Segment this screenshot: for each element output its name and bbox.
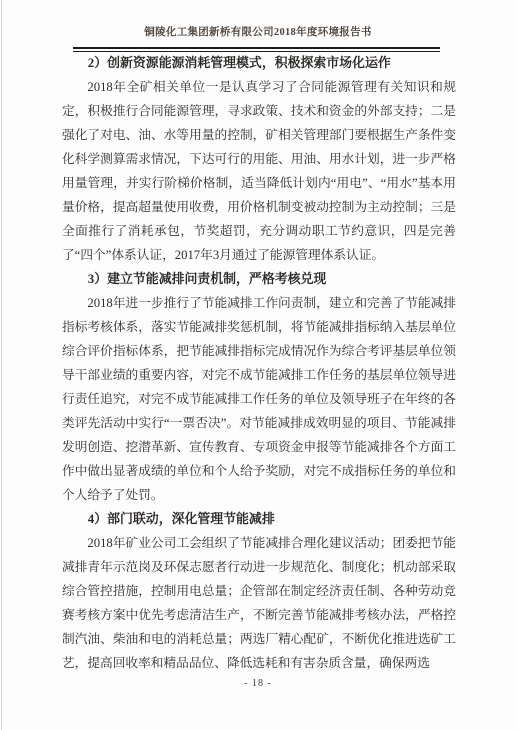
page-content: 2）创新资源能源消耗管理模式，积极探索市场化运作 2018年全矿相关单位一是认真… <box>62 51 456 675</box>
section-heading-energy-market: 2）创新资源能源消耗管理模式，积极探索市场化运作 <box>62 51 456 75</box>
section-paragraph-department-linkage: 2018年矿业公司工会组织了节能减排合理化建议活动；团委把节能减排青年示范岗及环… <box>62 531 456 675</box>
section-paragraph-accountability: 2018年进一步推行了节能减排工作问责制，建立和完善了节能减排指标考核体系，落实… <box>62 291 456 507</box>
section-paragraph-energy-market: 2018年全矿相关单位一是认真学习了合同能源管理有关知识和规定，积极推行合同能源… <box>62 75 456 267</box>
section-heading-accountability: 3）建立节能减排问责机制，严格考核兑现 <box>62 267 456 291</box>
page-number: - 18 - <box>0 678 516 689</box>
section-heading-department-linkage: 4）部门联动，深化管理节能减排 <box>62 507 456 531</box>
scan-edge-line <box>1 0 2 730</box>
page-header-title: 铜陵化工集团新桥有限公司2018年度环境报告书 <box>0 24 516 39</box>
report-page: 铜陵化工集团新桥有限公司2018年度环境报告书 2）创新资源能源消耗管理模式，积… <box>0 0 516 730</box>
